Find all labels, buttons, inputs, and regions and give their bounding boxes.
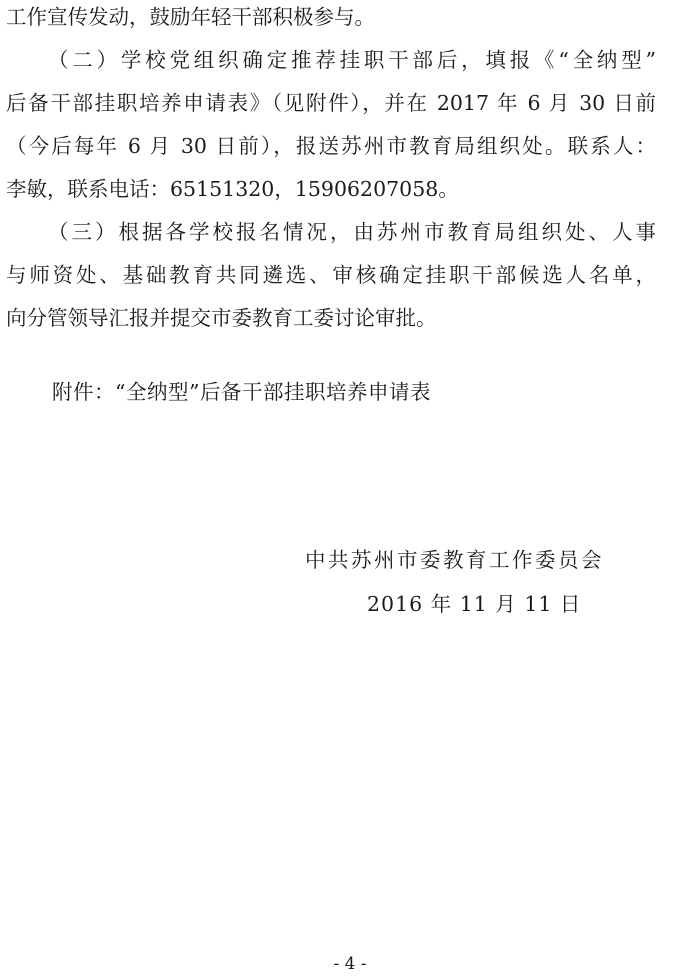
signature-organization: 中共苏州市委教育工作委员会: [305, 546, 604, 574]
paragraph-line: （二）学校党组织确定推荐挂职干部后，填报《“全纳型”: [48, 46, 656, 74]
paragraph-line: 向分管领导汇报并提交市委教育工委讨论审批。: [6, 304, 656, 332]
paragraph-line: （今后每年 6 月 30 日前），报送苏州市教育局组织处。联系人：: [6, 132, 656, 160]
paragraph-line: 后备干部挂职培养申请表》（见附件），并在 2017 年 6 月 30 日前: [6, 89, 656, 117]
paragraph-line: 与师资处、基础教育共同遴选、审核确定挂职干部候选人名单，: [6, 261, 656, 289]
signature-date: 2016 年 11 月 11 日: [367, 590, 581, 618]
attachment-note: 附件：“全纳型”后备干部挂职培养申请表: [52, 378, 431, 406]
paragraph-line: （三）根据各学校报名情况，由苏州市教育局组织处、人事: [48, 218, 656, 246]
paragraph-line: 李敏，联系电话：65151320，15906207058。: [6, 175, 656, 203]
page-number: - 4 -: [0, 953, 700, 975]
paragraph-line: 工作宣传发动，鼓励年轻干部积极参与。: [6, 3, 656, 31]
